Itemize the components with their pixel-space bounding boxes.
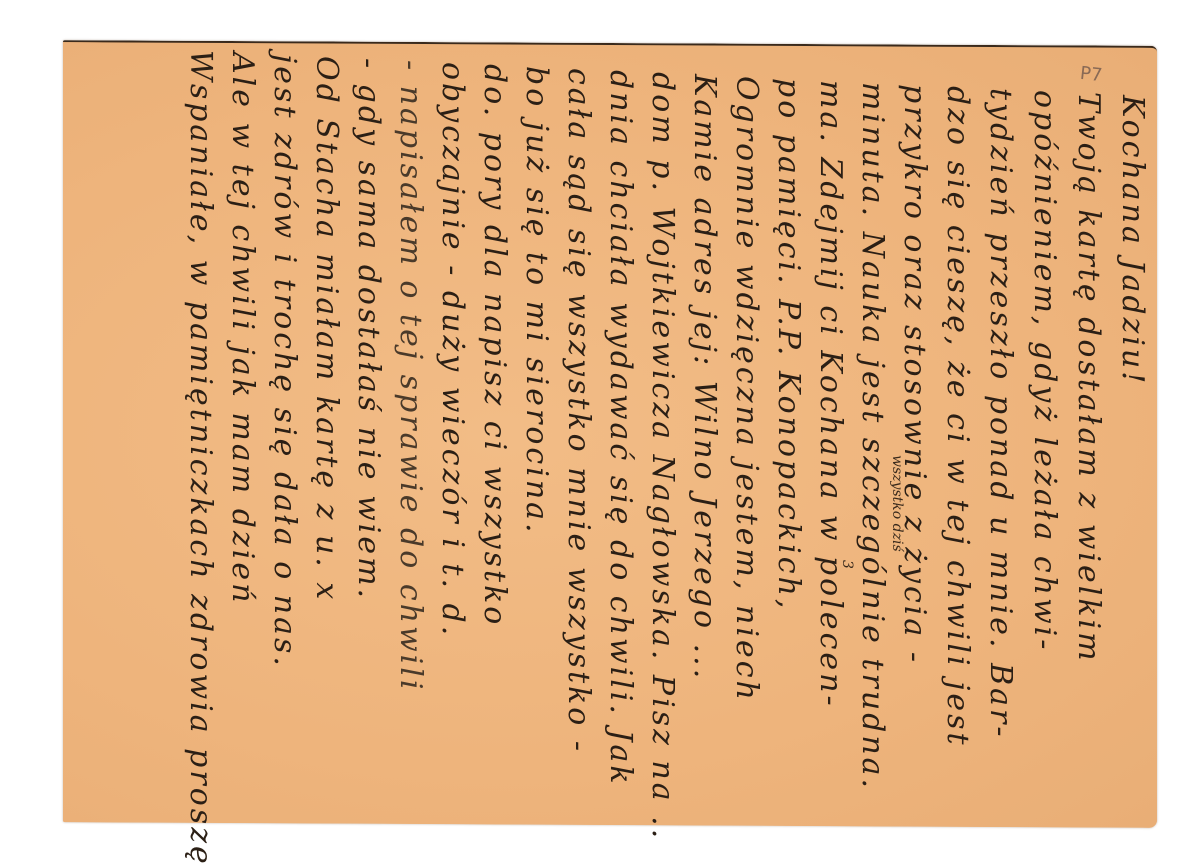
text-line: dnia chciała wydawać się do chwili. Jak <box>603 70 638 787</box>
interlinear-note: 3 <box>839 560 855 569</box>
text-line: Kamie adres jej: Wilno Jerzego ... <box>687 74 722 681</box>
text-line: dzo się cieszę, że ci w tej chwili jest <box>940 86 975 748</box>
text-line: opóźnieniem, gdyż leżała chwi- <box>1027 90 1062 652</box>
text-line: ma. Zdejmij ci Kochana w polecen- <box>813 80 848 709</box>
text-line: - gdy sama dostałaś nie wiem. <box>351 58 386 601</box>
text-line: dom p. Wojtkiewicza Nagłowska. Pisz na .… <box>645 72 680 841</box>
closing-line: Wspaniałe, w pamiętniczkach zdrowia pros… <box>183 50 218 865</box>
text-line: do. pory dla napisz ci wszystko <box>477 64 512 627</box>
text-line: minuta. Nauka jest szczególnie trudna. <box>855 82 890 791</box>
greeting-line: Kochana Jadziu! <box>1115 95 1150 386</box>
text-line: obyczajnie - duży wieczór i t. d. <box>435 62 470 638</box>
text-line: cała sąd się wszystko mnie wszystko - <box>561 68 596 754</box>
text-line: Ale w tej chwili jak mam dzień <box>225 52 260 605</box>
interlinear-note: wszystko dziś <box>889 455 905 552</box>
text-line: - napisałem o tej sprawie do chwili <box>393 60 428 692</box>
text-line: Ogromnie wdzięczna jestem, niech <box>729 76 764 703</box>
text-line: Twoją kartę dostałam z wielkim <box>1071 92 1106 664</box>
text-line: po pamięci. P.P. Konopackich, <box>771 78 806 611</box>
text-line: przykro oraz stosownie z życia - <box>897 84 932 665</box>
text-line: bo już się to mi sierocina. <box>519 66 554 536</box>
reference-mark: P7 <box>1079 63 1103 86</box>
text-line: Od Stacha miałam kartę z u. x <box>309 56 344 602</box>
text-line: tydzień przeszło ponad u mnie. Bar- <box>983 88 1018 740</box>
text-line: jest zdrów i trochę się dała o nas. <box>267 54 302 669</box>
